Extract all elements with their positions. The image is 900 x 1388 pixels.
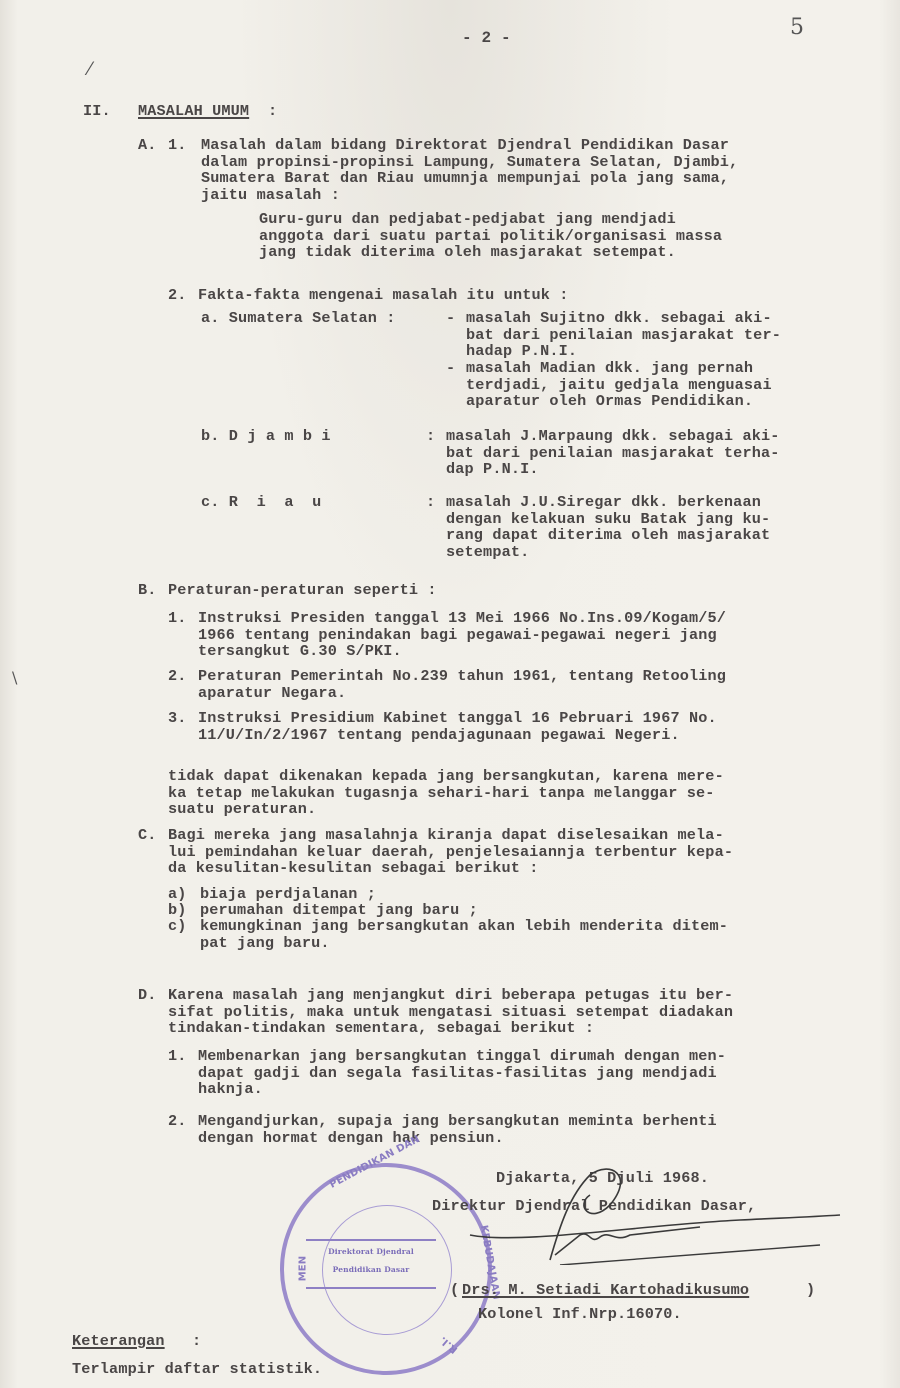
d-label: D. (138, 987, 157, 1004)
region-line: dap P.N.I. (446, 461, 539, 478)
d-line: Karena masalah jang menjangkut diri bebe… (168, 987, 733, 1004)
b-item-number: 3. (168, 710, 187, 727)
d-item-number: 1. (168, 1048, 187, 1065)
b-item-number: 2. (168, 668, 187, 685)
b-item-line: Peraturan Pemerintah No.239 tahun 1961, … (198, 668, 726, 685)
a1-line: jaitu masalah : (201, 187, 340, 204)
a1-number: 1. (168, 137, 187, 154)
b-item-line: 11/U/In/2/1967 tentang pendajagunaan peg… (198, 727, 680, 744)
b-closing-line: ka tetap melakukan tugasnja sehari-hari … (168, 785, 715, 802)
region-line: masalah J.U.Siregar dkk. berkenaan (446, 494, 761, 511)
stamp-center-line1: Direktorat Djendral (306, 1247, 436, 1256)
stamp-center-line2: Pendidikan Dasar (306, 1265, 436, 1274)
entry-line: masalah Sujitno dkk. sebagai aki- (466, 310, 772, 327)
c-line: Bagi mereka jang masalahnja kiranja dapa… (168, 827, 724, 844)
region-line: dengan kelakuan suku Batak jang ku- (446, 511, 770, 528)
a2-number: 2. (168, 287, 187, 304)
d-item-number: 2. (168, 1113, 187, 1130)
a1-line: Sumatera Barat dan Riau umumnja mempunja… (201, 170, 729, 187)
b-item-line: Instruksi Presiden tanggal 13 Mei 1966 N… (198, 610, 726, 627)
signature-name: Drs. M. Setiadi Kartohadikusumo (462, 1282, 749, 1299)
note-colon: : (192, 1333, 201, 1350)
section-title: MASALAH UMUM (138, 103, 249, 120)
c-line: da kesulitan-kesulitan sebagai berikut : (168, 860, 539, 877)
a2-intro: Fakta-fakta mengenai masalah itu untuk : (198, 287, 569, 304)
b-closing-line: tidak dapat dikenakan kepada jang bersan… (168, 768, 724, 785)
entry-line: terdjadi, jaitu gedjala menguasai (466, 377, 772, 394)
a1-quote-line: Guru-guru dan pedjabat-pedjabat jang men… (259, 211, 676, 228)
section-number: II. (83, 103, 111, 120)
region-line: rang dapat diterima oleh masjarakat (446, 527, 770, 544)
handwritten-signature (440, 1165, 860, 1265)
b-item-line: aparatur Negara. (198, 685, 346, 702)
a1-line: Masalah dalam bidang Direktorat Djendral… (201, 137, 729, 154)
region-line: setempat. (446, 544, 529, 561)
region-label: c. R i a u (201, 494, 321, 511)
entry-line: masalah Madian dkk. jang pernah (466, 360, 753, 377)
note-text: Terlampir daftar statistik. (72, 1361, 322, 1378)
b-intro: Peraturan-peraturan seperti : (168, 582, 437, 599)
d-item-line: haknja. (198, 1081, 263, 1098)
stamp-line-bottom (306, 1287, 436, 1289)
entry-marker: - (446, 310, 455, 327)
c-line: lui pemindahan keluar daerah, penjelesai… (168, 844, 733, 861)
section-title-colon: : (268, 103, 277, 120)
region-label: b. D j a m b i (201, 428, 331, 445)
d-item-line: Membenarkan jang bersangkutan tinggal di… (198, 1048, 726, 1065)
b-item-line: 1966 tentang penindakan bagi pegawai-peg… (198, 627, 717, 644)
b-item-line: Instruksi Presidium Kabinet tanggal 16 P… (198, 710, 717, 727)
b-item-line: tersangkut G.30 S/PKI. (198, 643, 402, 660)
margin-tick-mark: ⁄ (88, 62, 91, 79)
d-line: sifat politis, maka untuk mengatasi situ… (168, 1004, 733, 1021)
stamp-line-top (306, 1239, 436, 1241)
c-item-line: kemungkinan jang bersangkutan akan lebih… (200, 918, 728, 935)
entry-line: bat dari penilaian masjarakat ter- (466, 327, 781, 344)
d-item-line: Mengandjurkan, supaja jang bersangkutan … (198, 1113, 717, 1130)
region-line: bat dari penilaian masjarakat terha- (446, 445, 780, 462)
c-item-marker: c) (168, 918, 187, 935)
a1-quote-line: jang tidak diterima oleh masjarakat sete… (259, 244, 676, 261)
region-colon: : (426, 428, 435, 445)
a-label: A. (138, 137, 157, 154)
entry-marker: - (446, 360, 455, 377)
page-number: - 2 - (462, 30, 511, 47)
signature-name-open: ( (450, 1282, 459, 1299)
a1-quote-line: anggota dari suatu partai politik/organi… (259, 228, 722, 245)
c-label: C. (138, 827, 157, 844)
b-item-number: 1. (168, 610, 187, 627)
d-item-line: dengan hormat dengan hak pensiun. (198, 1130, 504, 1147)
d-line: tindakan-tindakan sementara, sebagai ber… (168, 1020, 594, 1037)
b-closing-line: suatu peraturan. (168, 801, 316, 818)
a1-line: dalam propinsi-propinsi Lampung, Sumater… (201, 154, 738, 171)
d-item-line: dapat gadji dan segala fasilitas-fasilit… (198, 1065, 717, 1082)
entry-line: aparatur oleh Ormas Pendidikan. (466, 393, 753, 410)
note-title: Keterangan (72, 1333, 165, 1350)
region-colon: : (426, 494, 435, 511)
signature-name-close: ) (806, 1282, 815, 1299)
handwritten-page-mark: 5 (790, 20, 804, 37)
margin-stray-mark: \ (12, 670, 18, 687)
b-label: B. (138, 582, 157, 599)
c-item-line: pat jang baru. (200, 935, 330, 952)
region-label: a. Sumatera Selatan : (201, 310, 396, 327)
signature-rank: Kolonel Inf.Nrp.16070. (478, 1306, 682, 1323)
entry-line: hadap P.N.I. (466, 343, 577, 360)
region-line: masalah J.Marpaung dkk. sebagai aki- (446, 428, 780, 445)
